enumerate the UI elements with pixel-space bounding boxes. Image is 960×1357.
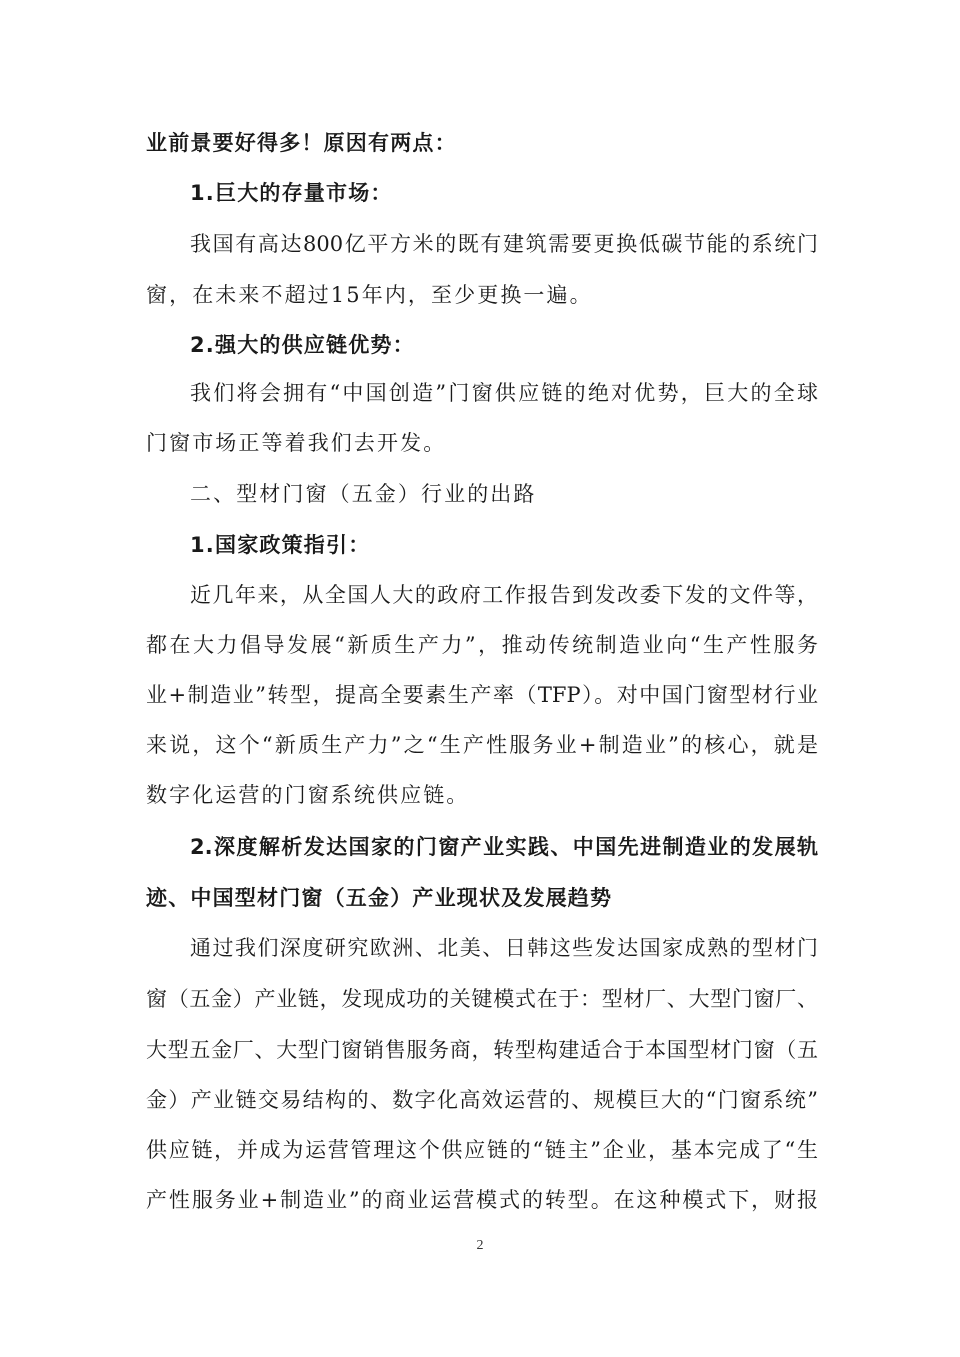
paragraph-line: 窗，在未来不超过15年内，至少更换一遍。 <box>146 281 818 309</box>
subheading-policy: 1.国家政策指引： <box>190 531 818 559</box>
paragraph-line: 金）产业链交易结构的、数字化高效运营的、规模巨大的“门窗系统” <box>146 1086 818 1114</box>
paragraph-line: 业+制造业”转型，提高全要素生产率（TFP）。对中国门窗型材行业 <box>146 681 818 709</box>
page-number: 2 <box>0 1238 960 1254</box>
subheading-analysis: 2.深度解析发达国家的门窗产业实践、中国先进制造业的发展轨 <box>190 833 818 861</box>
subheading-analysis-cont: 迹、中国型材门窗（五金）产业现状及发展趋势 <box>146 884 818 912</box>
paragraph-line: 大型五金厂、大型门窗销售服务商，转型构建适合于本国型材门窗（五 <box>146 1036 818 1064</box>
subheading-stock-market: 1.巨大的存量市场： <box>190 179 818 207</box>
paragraph-line: 来说，这个“新质生产力”之“生产性服务业+制造业”的核心，就是 <box>146 731 818 759</box>
paragraph-line: 都在大力倡导发展“新质生产力”，推动传统制造业向“生产性服务 <box>146 631 818 659</box>
paragraph-line: 门窗市场正等着我们去开发。 <box>146 429 818 457</box>
paragraph-line: 通过我们深度研究欧洲、北美、日韩这些发达国家成熟的型材门 <box>190 934 818 962</box>
paragraph-line: 我国有高达800亿平方米的既有建筑需要更换低碳节能的系统门 <box>190 230 818 258</box>
paragraph-line: 窗（五金）产业链，发现成功的关键模式在于：型材厂、大型门窗厂、 <box>146 985 818 1013</box>
paragraph-line: 产性服务业+制造业”的商业运营模式的转型。在这种模式下，财报 <box>146 1186 818 1214</box>
paragraph-line: 业前景要好得多！原因有两点： <box>146 129 818 157</box>
section-heading: 二、型材门窗（五金）行业的出路 <box>190 480 818 508</box>
paragraph-line: 我们将会拥有“中国创造”门窗供应链的绝对优势，巨大的全球 <box>190 379 818 407</box>
subheading-supply-chain: 2.强大的供应链优势： <box>190 331 818 359</box>
paragraph-line: 供应链，并成为运营管理这个供应链的“链主”企业，基本完成了“生 <box>146 1136 818 1164</box>
paragraph-line: 近几年来，从全国人大的政府工作报告到发改委下发的文件等， <box>190 581 818 609</box>
paragraph-line: 数字化运营的门窗系统供应链。 <box>146 781 818 809</box>
document-page: 业前景要好得多！原因有两点： 1.巨大的存量市场： 我国有高达800亿平方米的既… <box>0 0 960 1357</box>
